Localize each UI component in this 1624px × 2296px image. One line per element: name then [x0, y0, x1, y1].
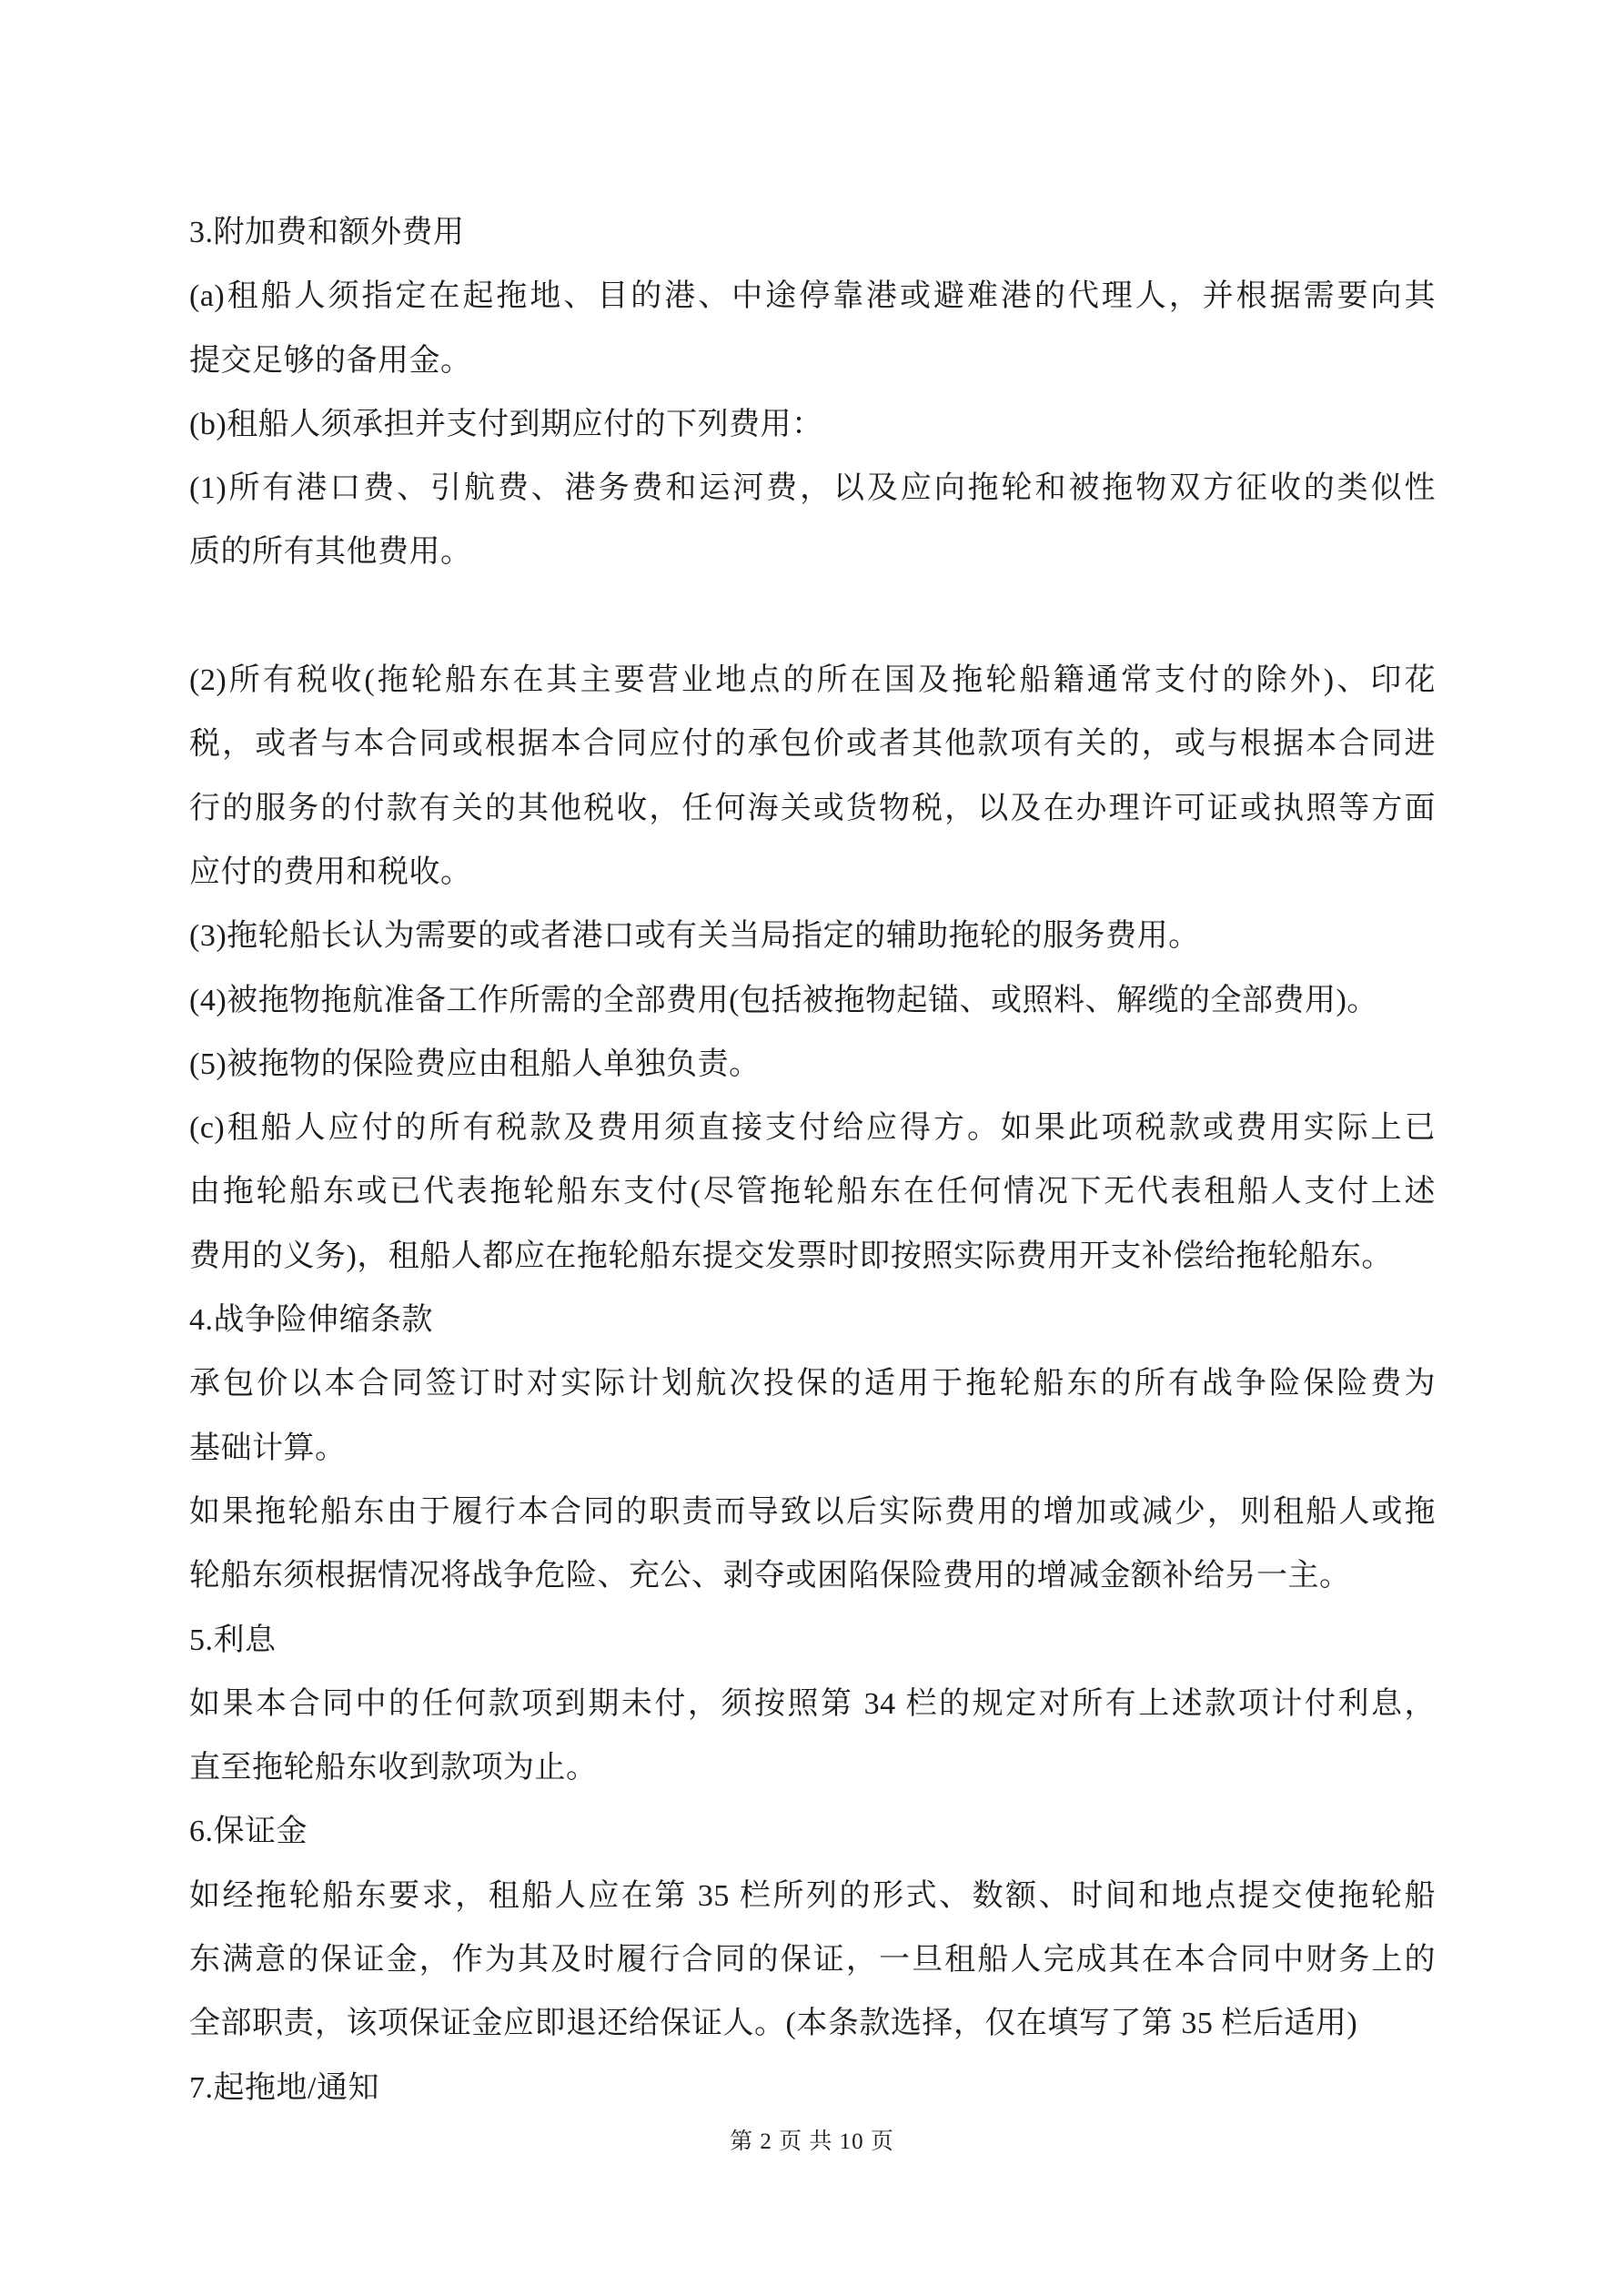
document-line: 如经拖轮船东要求，租船人应在第 35 栏所列的形式、数额、时间和地点提交使拖轮船	[189, 1865, 1436, 1928]
document-line: (c)租船人应付的所有税款及费用须直接支付给应得方。如果此项税款或费用实际上已	[189, 1097, 1436, 1160]
document-line: 4.战争险伸缩条款	[189, 1289, 1436, 1352]
document-line: 6.保证金	[189, 1800, 1436, 1864]
document-line: (b)租船人须承担并支付到期应付的下列费用：	[189, 393, 1436, 457]
document-line	[189, 585, 1436, 649]
document-line: 5.利息	[189, 1609, 1436, 1673]
page-number: 第 2 页 共 10 页	[0, 2123, 1624, 2156]
document-line: 承包价以本合同签订时对实际计划航次投保的适用于拖轮船东的所有战争险保险费为	[189, 1352, 1436, 1416]
document-line: 应付的费用和税收。	[189, 841, 1436, 905]
document-line: 直至拖轮船东收到款项为止。	[189, 1736, 1436, 1800]
document-line: 7.起拖地/通知	[189, 2057, 1436, 2120]
document-line: 提交足够的备用金。	[189, 329, 1436, 393]
document-line: 全部职责，该项保证金应即退还给保证人。(本条款选择，仅在填写了第 35 栏后适用…	[189, 1992, 1436, 2056]
document-line: (4)被拖物拖航准备工作所需的全部费用(包括被拖物起锚、或照料、解缆的全部费用)…	[189, 969, 1436, 1033]
document-line: 东满意的保证金，作为其及时履行合同的保证，一旦租船人完成其在本合同中财务上的	[189, 1928, 1436, 1992]
document-body: 3.附加费和额外费用(a)租船人须指定在起拖地、目的港、中途停靠港或避难港的代理…	[189, 201, 1436, 2120]
document-line: 费用的义务)，租船人都应在拖轮船东提交发票时即按照实际费用开支补偿给拖轮船东。	[189, 1225, 1436, 1289]
document-line: (2)所有税收(拖轮船东在其主要营业地点的所在国及拖轮船籍通常支付的除外)、印花	[189, 649, 1436, 713]
document-line: 行的服务的付款有关的其他税收，任何海关或货物税，以及在办理许可证或执照等方面	[189, 777, 1436, 841]
document-line: 如果拖轮船东由于履行本合同的职责而导致以后实际费用的增加或减少，则租船人或拖	[189, 1481, 1436, 1544]
document-line: 如果本合同中的任何款项到期未付，须按照第 34 栏的规定对所有上述款项计付利息，	[189, 1673, 1436, 1736]
document-line: (1)所有港口费、引航费、港务费和运河费，以及应向拖轮和被拖物双方征收的类似性	[189, 457, 1436, 521]
document-line: (5)被拖物的保险费应由租船人单独负责。	[189, 1033, 1436, 1097]
document-line: 3.附加费和额外费用	[189, 201, 1436, 265]
document-line: 基础计算。	[189, 1417, 1436, 1481]
document-line: 质的所有其他费用。	[189, 521, 1436, 584]
document-page: 3.附加费和额外费用(a)租船人须指定在起拖地、目的港、中途停靠港或避难港的代理…	[0, 0, 1624, 2296]
document-line: (3)拖轮船长认为需要的或者港口或有关当局指定的辅助拖轮的服务费用。	[189, 905, 1436, 968]
document-line: 税，或者与本合同或根据本合同应付的承包价或者其他款项有关的，或与根据本合同进	[189, 713, 1436, 776]
document-line: (a)租船人须指定在起拖地、目的港、中途停靠港或避难港的代理人，并根据需要向其	[189, 265, 1436, 329]
document-line: 由拖轮船东或已代表拖轮船东支付(尽管拖轮船东在任何情况下无代表租船人支付上述	[189, 1160, 1436, 1224]
document-line: 轮船东须根据情况将战争危险、充公、剥夺或困陷保险费用的增减金额补给另一主。	[189, 1544, 1436, 1608]
